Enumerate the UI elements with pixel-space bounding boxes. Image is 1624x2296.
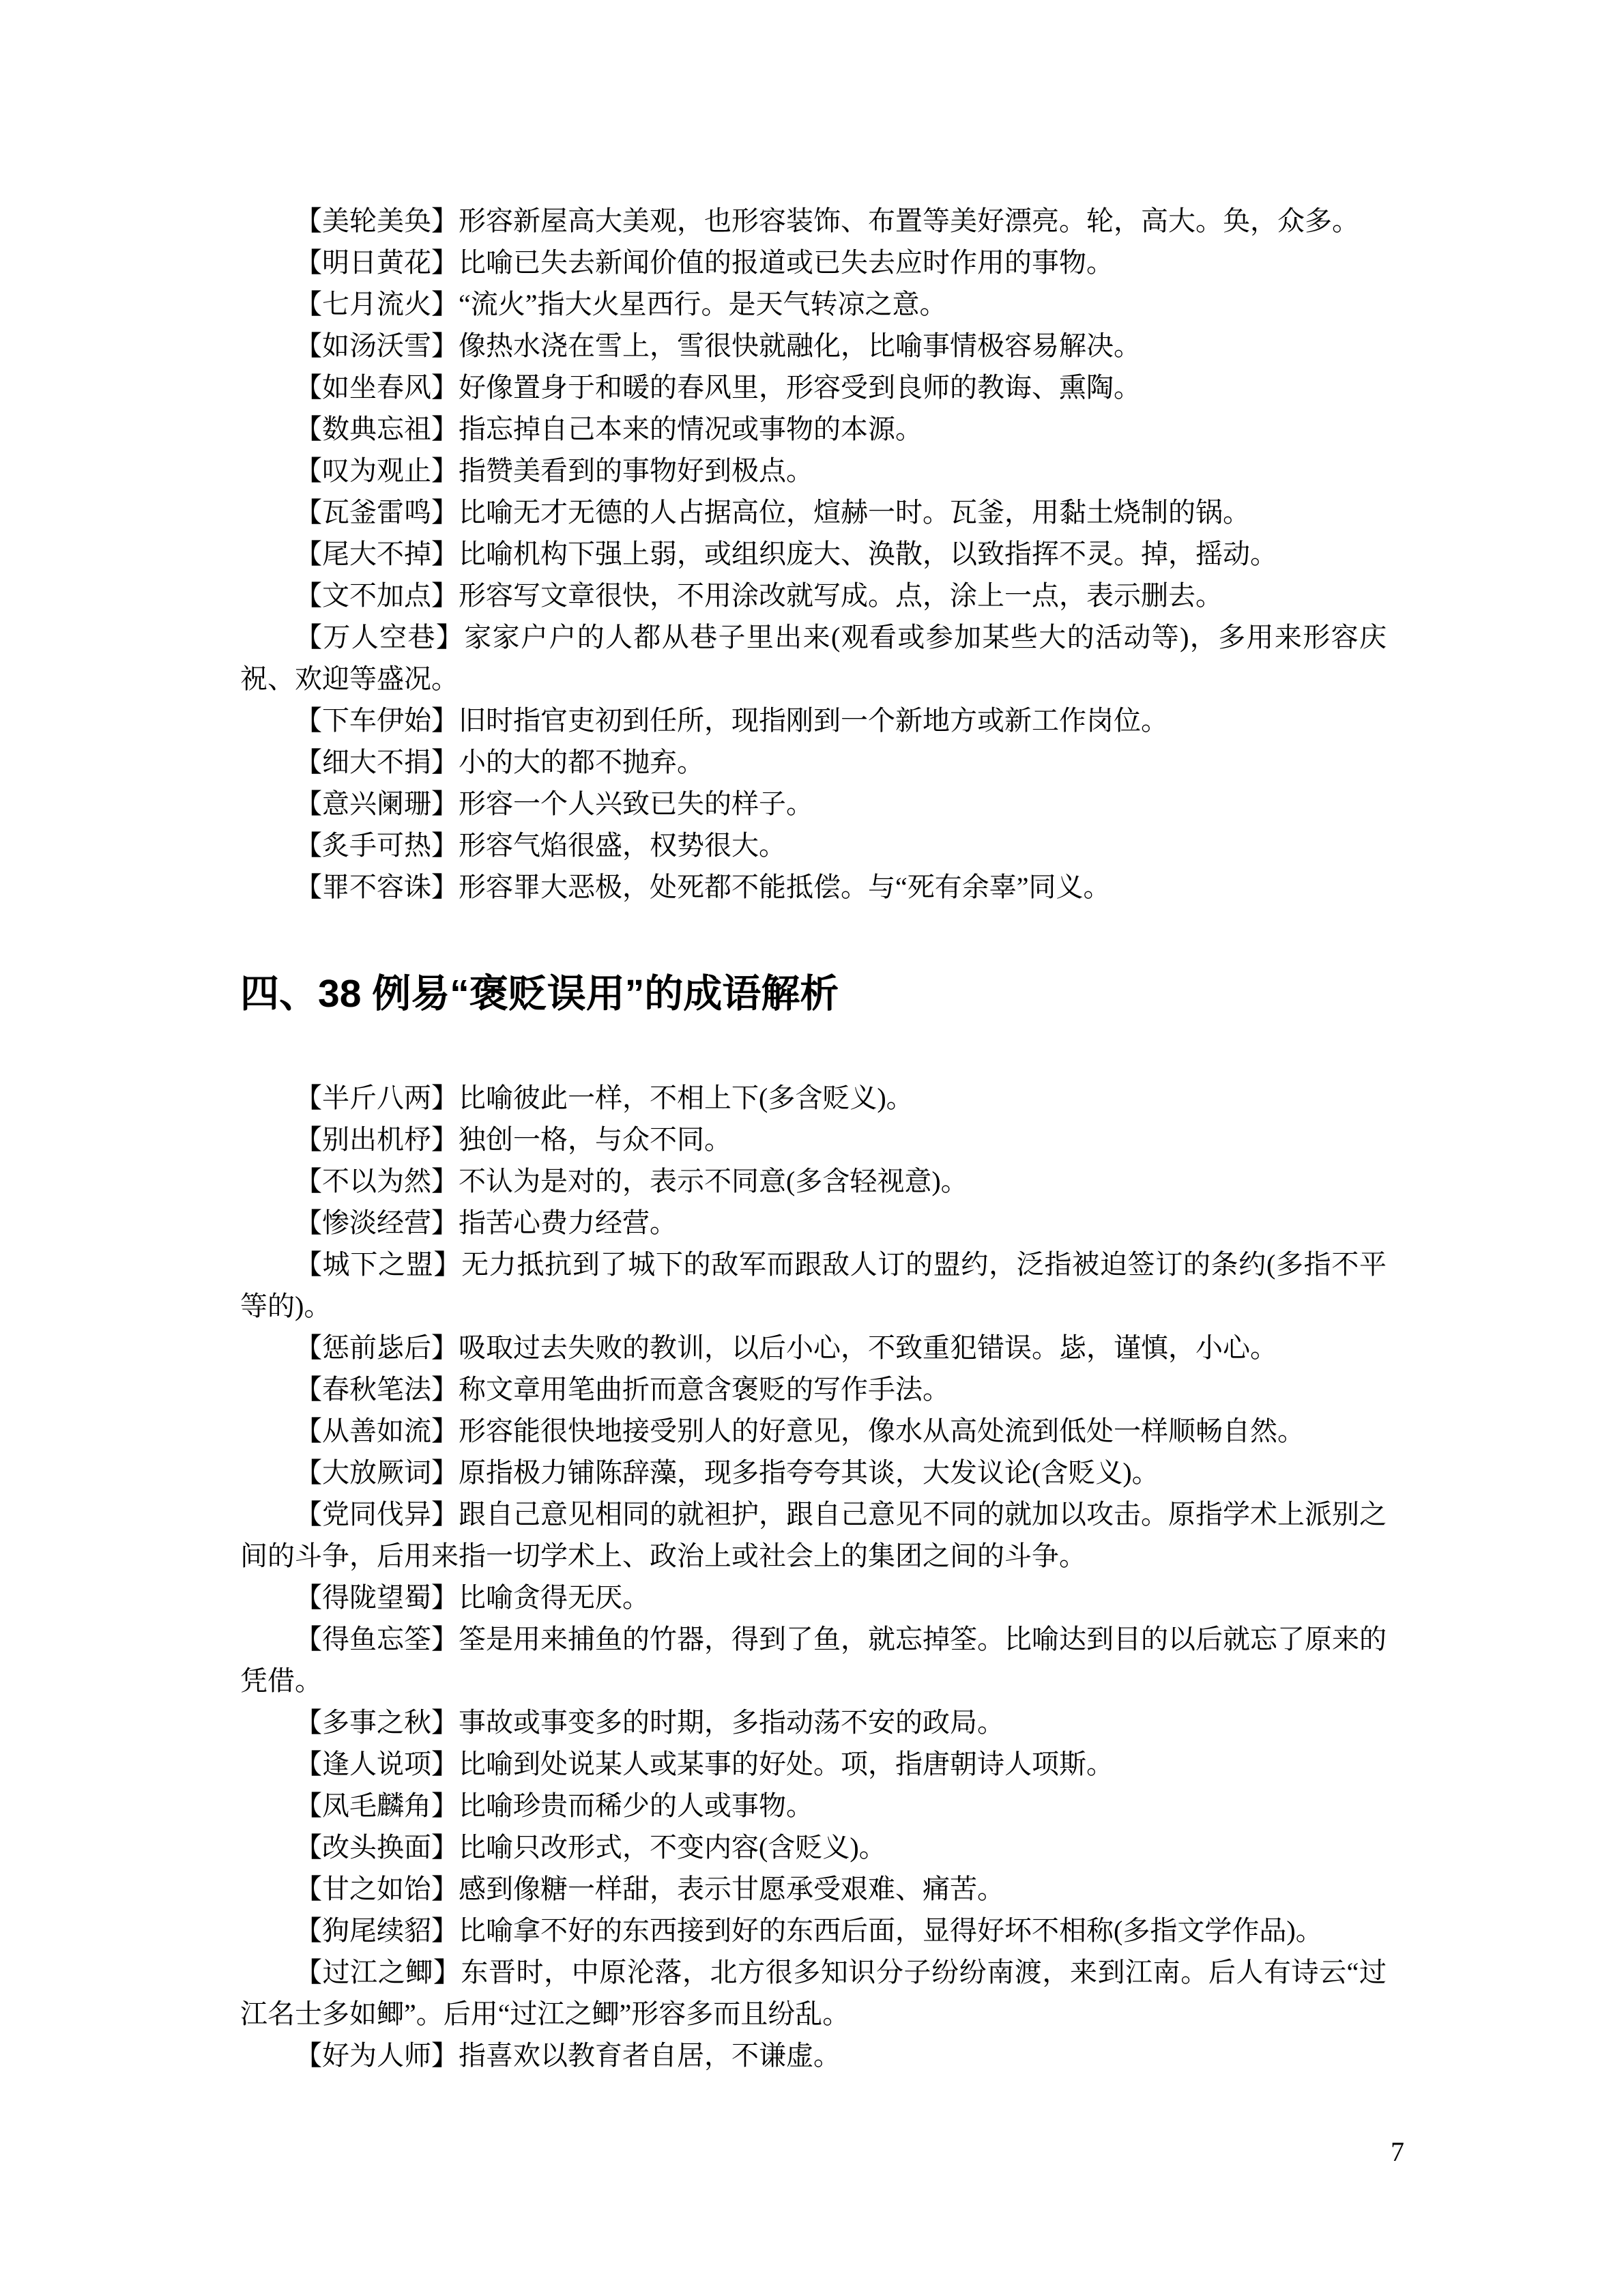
idiom-entry: 【尾大不掉】比喻机构下强上弱，或组织庞大、涣散，以致指挥不灵。掉，摇动。 [240,533,1387,575]
idiom-term: 【好为人师】 [295,2040,459,2071]
idiom-term: 【数典忘祖】 [295,414,459,444]
idiom-term: 【细大不捐】 [295,747,459,777]
idiom-term: 【逢人说项】 [295,1749,459,1779]
idiom-entry: 【逢人说项】比喻到处说某人或某事的好处。项，指唐朝诗人项斯。 [240,1743,1387,1785]
idiom-entry: 【春秋笔法】称文章用笔曲折而意含褒贬的写作手法。 [240,1368,1387,1410]
idiom-entry: 【得鱼忘筌】筌是用来捕鱼的竹器，得到了鱼，就忘掉筌。比喻达到目的以后就忘了原来的… [240,1618,1387,1702]
idiom-definition: 原指极力铺陈辞藻，现多指夸夸其谈，大发议论(含贬义)。 [459,1457,1159,1488]
idiom-term: 【尾大不掉】 [295,539,459,569]
idiom-entry: 【党同伐异】跟自己意见相同的就袒护，跟自己意见不同的就加以攻击。原指学术上派别之… [240,1493,1387,1577]
idiom-term: 【得陇望蜀】 [295,1582,459,1613]
idiom-term: 【大放厥词】 [295,1457,459,1488]
idiom-term: 【凤毛麟角】 [295,1790,459,1821]
idiom-definition: 形容能很快地接受别人的好意见，像水从高处流到低处一样顺畅自然。 [459,1416,1305,1446]
idiom-definition: 形容罪大恶极，处死都不能抵偿。与“死有余辜”同义。 [459,872,1111,902]
idiom-entry: 【意兴阑珊】形容一个人兴致已失的样子。 [240,783,1387,824]
idiom-entry: 【甘之如饴】感到像糖一样甜，表示甘愿承受艰难、痛苦。 [240,1868,1387,1910]
idiom-definition: “流火”指大火星西行。是天气转凉之意。 [459,289,947,319]
idiom-term: 【甘之如饴】 [295,1874,459,1904]
idiom-definition: 比喻只改形式，不变内容(含贬义)。 [459,1832,886,1863]
idiom-term: 【叹为观止】 [295,455,459,486]
page-content: 【美轮美奂】形容新屋高大美观，也形容装饰、布置等美好漂亮。轮，高大。奂，众多。 … [240,200,1387,2076]
idiom-definition: 小的大的都不抛弃。 [459,747,704,777]
idiom-definition: 旧时指官吏初到任所，现指刚到一个新地方或新工作岗位。 [459,705,1168,736]
idiom-term: 【炙手可热】 [295,830,459,861]
idiom-entry: 【大放厥词】原指极力铺陈辞藻，现多指夸夸其谈，大发议论(含贬义)。 [240,1452,1387,1493]
idiom-entry: 【叹为观止】指赞美看到的事物好到极点。 [240,450,1387,491]
idiom-entry: 【改头换面】比喻只改形式，不变内容(含贬义)。 [240,1826,1387,1868]
idiom-definition: 比喻无才无德的人占据高位，煊赫一时。瓦釜，用黏土烧制的锅。 [459,497,1250,528]
idiom-entry: 【别出机杼】独创一格，与众不同。 [240,1119,1387,1160]
idiom-definition: 感到像糖一样甜，表示甘愿承受艰难、痛苦。 [459,1874,1004,1904]
page-number: 7 [1391,2131,1404,2172]
idiom-entry: 【万人空巷】家家户户的人都从巷子里出来(观看或参加某些大的活动等)，多用来形容庆… [240,616,1387,700]
idiom-term: 【文不加点】 [295,580,459,611]
idiom-term: 【别出机杼】 [295,1124,459,1155]
idiom-entry: 【罪不容诛】形容罪大恶极，处死都不能抵偿。与“死有余辜”同义。 [240,866,1387,908]
idiom-entry: 【美轮美奂】形容新屋高大美观，也形容装饰、布置等美好漂亮。轮，高大。奂，众多。 [240,200,1387,242]
idiom-term: 【过江之鲫】 [295,1957,461,1988]
idiom-entry: 【半斤八两】比喻彼此一样，不相上下(多含贬义)。 [240,1077,1387,1119]
idiom-term: 【明日黄花】 [295,247,459,278]
idiom-term: 【美轮美奂】 [295,205,459,236]
idiom-definition: 事故或事变多的时期，多指动荡不安的政局。 [459,1707,1004,1738]
idiom-definition: 比喻珍贵而稀少的人或事物。 [459,1790,813,1821]
idiom-definition: 好像置身于和暖的春风里，形容受到良师的教诲、熏陶。 [459,372,1141,403]
idiom-definition: 称文章用笔曲折而意含褒贬的写作手法。 [459,1374,950,1405]
idiom-entry: 【惩前毖后】吸取过去失败的教训，以后小心，不致重犯错误。毖，谨慎，小心。 [240,1327,1387,1368]
idiom-entry: 【多事之秋】事故或事变多的时期，多指动荡不安的政局。 [240,1702,1387,1743]
idiom-definition: 指喜欢以教育者自居，不谦虚。 [459,2040,841,2071]
idiom-term: 【改头换面】 [295,1832,459,1863]
idiom-term: 【惩前毖后】 [295,1332,459,1363]
section-heading: 四、38 例易“褒贬误用”的成语解析 [240,968,1387,1019]
idiom-entry: 【惨淡经营】指苦心费力经营。 [240,1202,1387,1244]
idiom-term: 【意兴阑珊】 [295,788,459,819]
idiom-definition: 像热水浇在雪上，雪很快就融化，比喻事情极容易解决。 [459,330,1141,361]
idiom-term: 【半斤八两】 [295,1082,459,1113]
idiom-term: 【万人空巷】 [295,622,464,652]
idiom-term: 【瓦釜雷鸣】 [295,497,459,528]
idiom-entry: 【下车伊始】旧时指官吏初到任所，现指刚到一个新地方或新工作岗位。 [240,700,1387,741]
idiom-definition: 比喻拿不好的东西接到好的东西后面，显得好坏不相称(多指文学作品)。 [459,1915,1323,1946]
idiom-entry: 【城下之盟】无力抵抗到了城下的敌军而跟敌人订的盟约，泛指被迫签订的条约(多指不平… [240,1244,1387,1327]
idiom-entry: 【数典忘祖】指忘掉自己本来的情况或事物的本源。 [240,408,1387,450]
idiom-entry: 【从善如流】形容能很快地接受别人的好意见，像水从高处流到低处一样顺畅自然。 [240,1410,1387,1452]
idiom-term: 【从善如流】 [295,1416,459,1446]
idiom-definition: 指忘掉自己本来的情况或事物的本源。 [459,414,923,444]
idiom-term: 【罪不容诛】 [295,872,459,902]
idiom-entry: 【不以为然】不认为是对的，表示不同意(多含轻视意)。 [240,1160,1387,1202]
idiom-definition: 指赞美看到的事物好到极点。 [459,455,813,486]
idiom-term: 【如坐春风】 [295,372,459,403]
idiom-term: 【得鱼忘筌】 [295,1624,459,1654]
idiom-term: 【七月流火】 [295,289,459,319]
idiom-entry: 【狗尾续貂】比喻拿不好的东西接到好的东西后面，显得好坏不相称(多指文学作品)。 [240,1910,1387,1951]
idiom-entry: 【好为人师】指喜欢以教育者自居，不谦虚。 [240,2035,1387,2076]
idiom-definition: 形容写文章很快，不用涂改就写成。点，涂上一点，表示删去。 [459,580,1223,611]
idiom-definition: 独创一格，与众不同。 [459,1124,731,1155]
idiom-term: 【如汤沃雪】 [295,330,459,361]
document-page: 【美轮美奂】形容新屋高大美观，也形容装饰、布置等美好漂亮。轮，高大。奂，众多。 … [0,0,1624,2296]
idiom-entry: 【炙手可热】形容气焰很盛，权势很大。 [240,824,1387,866]
idiom-term: 【春秋笔法】 [295,1374,459,1405]
idiom-definition: 比喻已失去新闻价值的报道或已失去应时作用的事物。 [459,247,1114,278]
idiom-entry: 【如坐春风】好像置身于和暖的春风里，形容受到良师的教诲、熏陶。 [240,367,1387,408]
idiom-entry: 【瓦釜雷鸣】比喻无才无德的人占据高位，煊赫一时。瓦釜，用黏土烧制的锅。 [240,491,1387,533]
idiom-definition: 比喻彼此一样，不相上下(多含贬义)。 [459,1082,914,1113]
idiom-entry: 【如汤沃雪】像热水浇在雪上，雪很快就融化，比喻事情极容易解决。 [240,325,1387,367]
idiom-definition: 比喻到处说某人或某事的好处。项，指唐朝诗人项斯。 [459,1749,1114,1779]
idiom-definition: 比喻贪得无厌。 [459,1582,650,1613]
idiom-entry: 【得陇望蜀】比喻贪得无厌。 [240,1577,1387,1618]
idiom-term: 【党同伐异】 [295,1499,459,1530]
idiom-definition: 比喻机构下强上弱，或组织庞大、涣散，以致指挥不灵。掉，摇动。 [459,539,1277,569]
idiom-term: 【多事之秋】 [295,1707,459,1738]
idiom-entry: 【过江之鲫】东晋时，中原沦落，北方很多知识分子纷纷南渡，来到江南。后人有诗云“过… [240,1951,1387,2035]
idiom-term: 【不以为然】 [295,1166,459,1196]
idiom-entry: 【文不加点】形容写文章很快，不用涂改就写成。点，涂上一点，表示删去。 [240,575,1387,616]
idiom-definition: 指苦心费力经营。 [459,1207,677,1238]
idiom-entry: 【明日黄花】比喻已失去新闻价值的报道或已失去应时作用的事物。 [240,242,1387,283]
idiom-definition: 吸取过去失败的教训，以后小心，不致重犯错误。毖，谨慎，小心。 [459,1332,1277,1363]
idiom-entry: 【细大不捐】小的大的都不抛弃。 [240,741,1387,783]
idiom-entry: 【七月流火】“流火”指大火星西行。是天气转凉之意。 [240,283,1387,325]
idiom-term: 【城下之盟】 [295,1249,461,1280]
idiom-definition: 形容气焰很盛，权势很大。 [459,830,786,861]
idiom-section-baobian: 【半斤八两】比喻彼此一样，不相上下(多含贬义)。 【别出机杼】独创一格，与众不同… [240,1077,1387,2076]
idiom-definition: 不认为是对的，表示不同意(多含轻视意)。 [459,1166,968,1196]
idiom-entry: 【凤毛麟角】比喻珍贵而稀少的人或事物。 [240,1785,1387,1826]
idiom-definition: 形容新屋高大美观，也形容装饰、布置等美好漂亮。轮，高大。奂，众多。 [459,205,1359,236]
idiom-definition: 形容一个人兴致已失的样子。 [459,788,813,819]
idiom-section-continued: 【美轮美奂】形容新屋高大美观，也形容装饰、布置等美好漂亮。轮，高大。奂，众多。 … [240,200,1387,908]
idiom-term: 【惨淡经营】 [295,1207,459,1238]
idiom-term: 【下车伊始】 [295,705,459,736]
idiom-term: 【狗尾续貂】 [295,1915,459,1946]
